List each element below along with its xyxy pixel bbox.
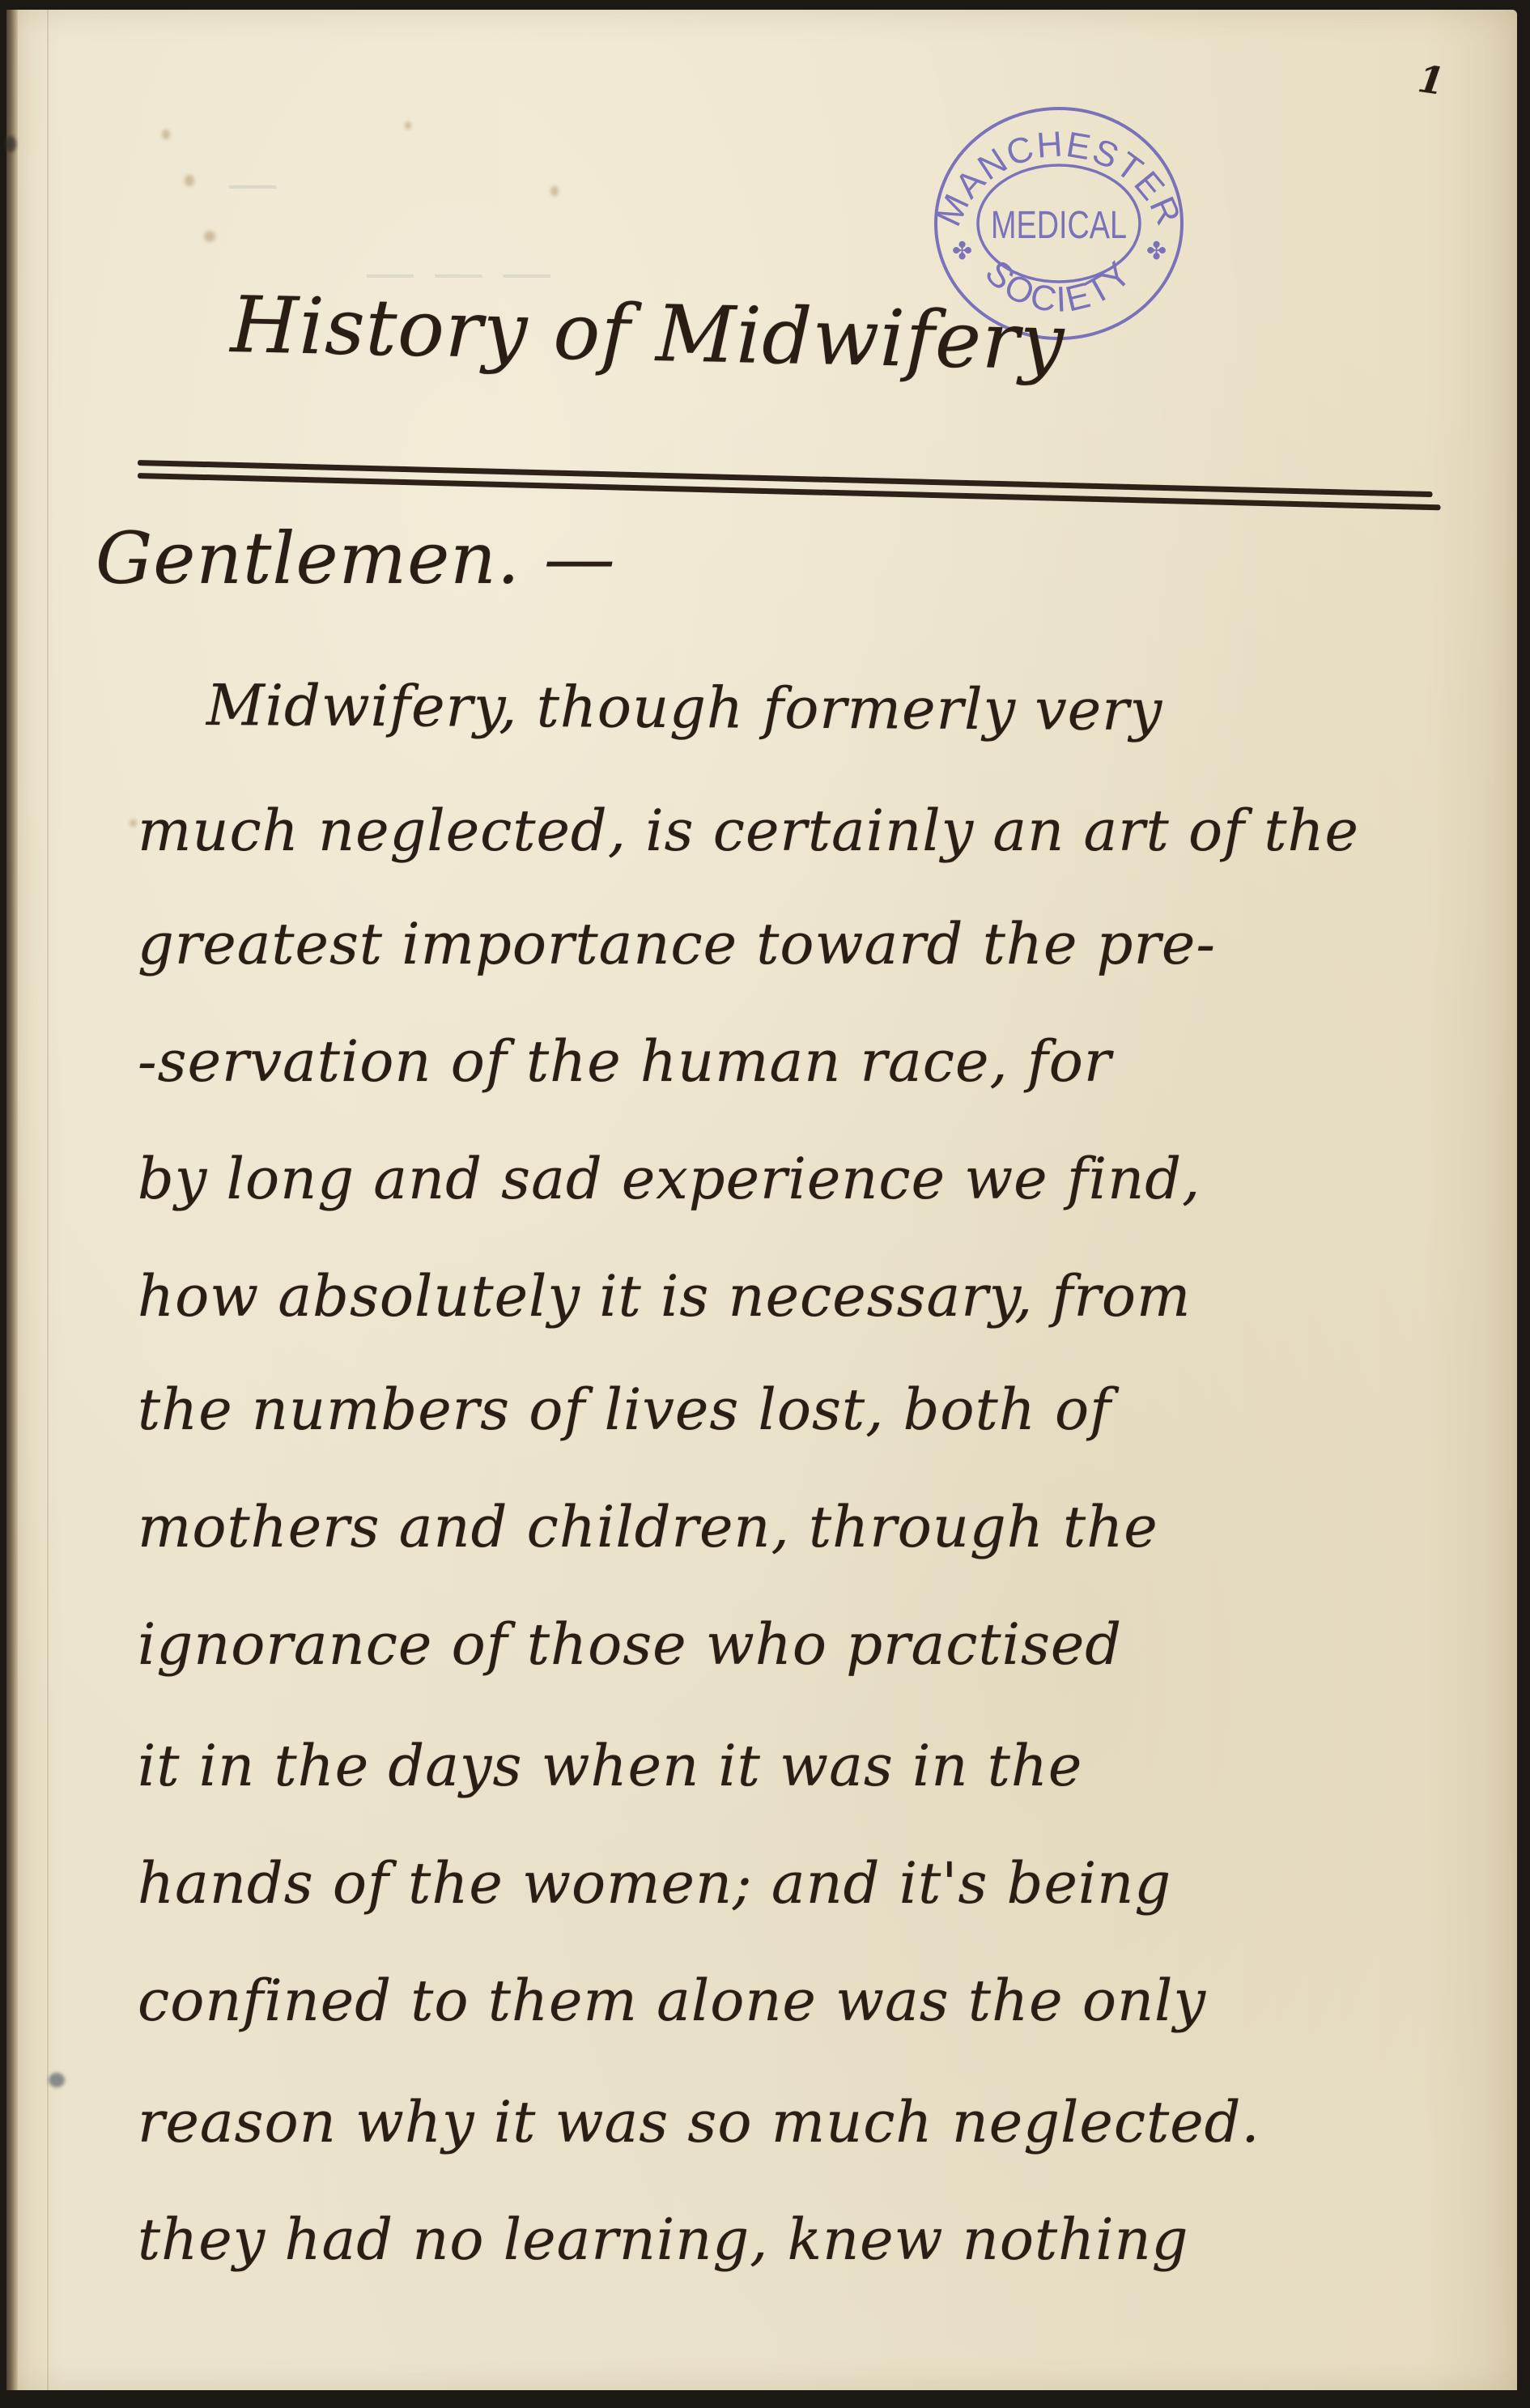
stamp-center-text: MEDICAL xyxy=(991,204,1127,247)
manuscript-line: -servation of the human race, for xyxy=(138,1028,1111,1095)
manuscript-line: by long and sad experience we find, xyxy=(138,1146,1201,1212)
foxing-spot xyxy=(130,819,137,827)
stamp-ornament-right-icon: ✤ xyxy=(1146,238,1167,265)
binding-edge xyxy=(6,10,18,2390)
manuscript-line: confined to them alone was the only xyxy=(138,1968,1206,2034)
manuscript-line: Midwifery, though formerly very xyxy=(206,672,1163,743)
manuscript-line: they had no learning, knew nothing xyxy=(138,2206,1188,2273)
binding-crease xyxy=(47,10,49,2390)
manuscript-line: reason why it was so much neglected. xyxy=(138,2089,1260,2155)
show-through-text: — xyxy=(227,154,278,214)
foxing-spot xyxy=(5,136,16,152)
manuscript-line: ignorance of those who practised xyxy=(138,1611,1122,1678)
foxing-spot xyxy=(550,186,559,196)
manuscript-line: hands of the women; and it's being xyxy=(138,1850,1171,1917)
manuscript-line: it in the days when it was in the xyxy=(138,1733,1082,1799)
manuscript-line: mothers and children, through the xyxy=(138,1494,1158,1560)
foxing-spot xyxy=(204,231,215,242)
foxing-spot xyxy=(49,2073,65,2087)
stamp-ornament-left-icon: ✤ xyxy=(952,238,972,265)
manuscript-title: History of Midwifery xyxy=(230,279,1065,388)
salutation: Gentlemen. — xyxy=(96,517,616,600)
manuscript-line: much neglected, is certainly an art of t… xyxy=(138,798,1359,864)
foxing-spot xyxy=(162,130,170,139)
foxing-spot xyxy=(185,175,194,186)
manuscript-line: how absolutely it is necessary, from xyxy=(138,1263,1191,1330)
foxing-spot xyxy=(405,121,411,130)
manuscript-line: the numbers of lives lost, both of xyxy=(138,1376,1111,1443)
manuscript-line: greatest importance toward the pre- xyxy=(138,911,1216,977)
